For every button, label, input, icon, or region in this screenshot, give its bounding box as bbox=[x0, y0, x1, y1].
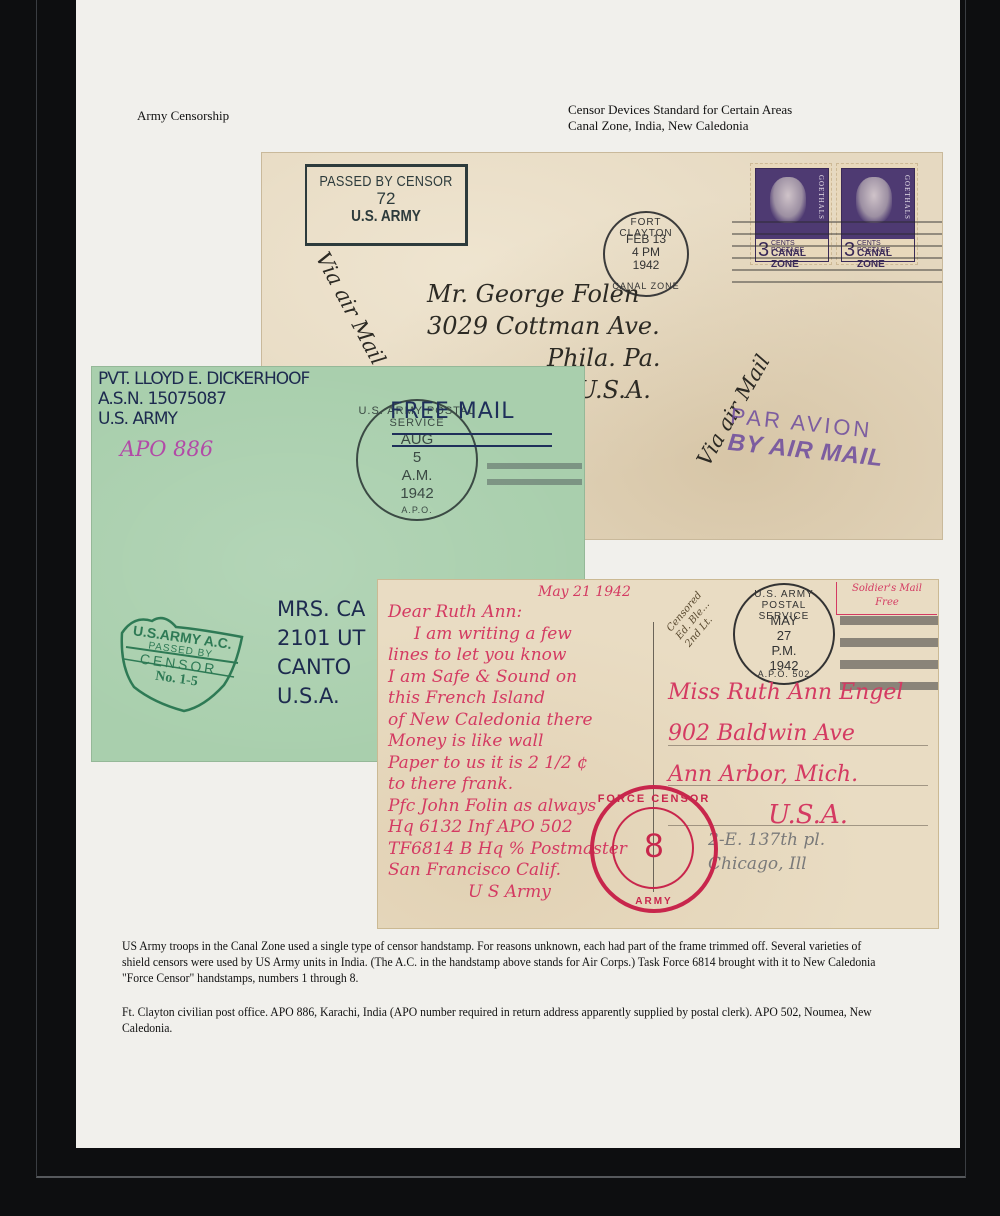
passed-by-censor-handstamp: PASSED BY CENSOR 72 U.S. ARMY bbox=[305, 164, 468, 246]
recipient-address: MRS. CA 2101 UT CANTO U.S.A. bbox=[277, 595, 365, 711]
airmail-handstamp: PAR AVION BY AIR MAIL bbox=[726, 403, 887, 473]
page-subtitle: Censor Devices Standard for Certain Area… bbox=[568, 102, 792, 134]
cancel-bars bbox=[487, 463, 582, 491]
underline-strokes bbox=[392, 433, 552, 447]
censor-signature: Censored Ed. Ble... 2nd Lt. bbox=[665, 590, 724, 650]
soldiers-mail-free-marking: Soldier's Mail Free bbox=[836, 582, 937, 615]
new-caledonia-postcard: May 21 1942 Dear Ruth Ann: I am writing … bbox=[377, 579, 939, 929]
apo-502-postmark: U.S. ARMY POSTAL SERVICE MAY 27 P.M. 194… bbox=[733, 583, 835, 685]
via-air-mail-note: Via air Mail bbox=[311, 248, 390, 369]
page-title: Army Censorship bbox=[137, 108, 229, 124]
apo-number: APO 886 bbox=[120, 437, 213, 461]
shield-censor-handstamp: U.S.ARMY A.C. PASSED BY CENSOR No. 1-5 bbox=[114, 607, 248, 717]
free-mail-marking: FREE MAIL bbox=[390, 399, 515, 424]
description-paragraph: US Army troops in the Canal Zone used a … bbox=[122, 938, 887, 986]
force-censor-handstamp: FORCE CENSOR 8 ARMY bbox=[590, 785, 718, 913]
pencil-forwarding-address: 2-E. 137th pl. Chicago, Ill bbox=[708, 828, 825, 876]
description-paragraph: Ft. Clayton civilian post office. APO 88… bbox=[122, 1004, 887, 1036]
machine-cancel-lines bbox=[732, 211, 942, 293]
return-address: PVT. LLOYD E. DICKERHOOF A.S.N. 15075087… bbox=[98, 369, 309, 429]
